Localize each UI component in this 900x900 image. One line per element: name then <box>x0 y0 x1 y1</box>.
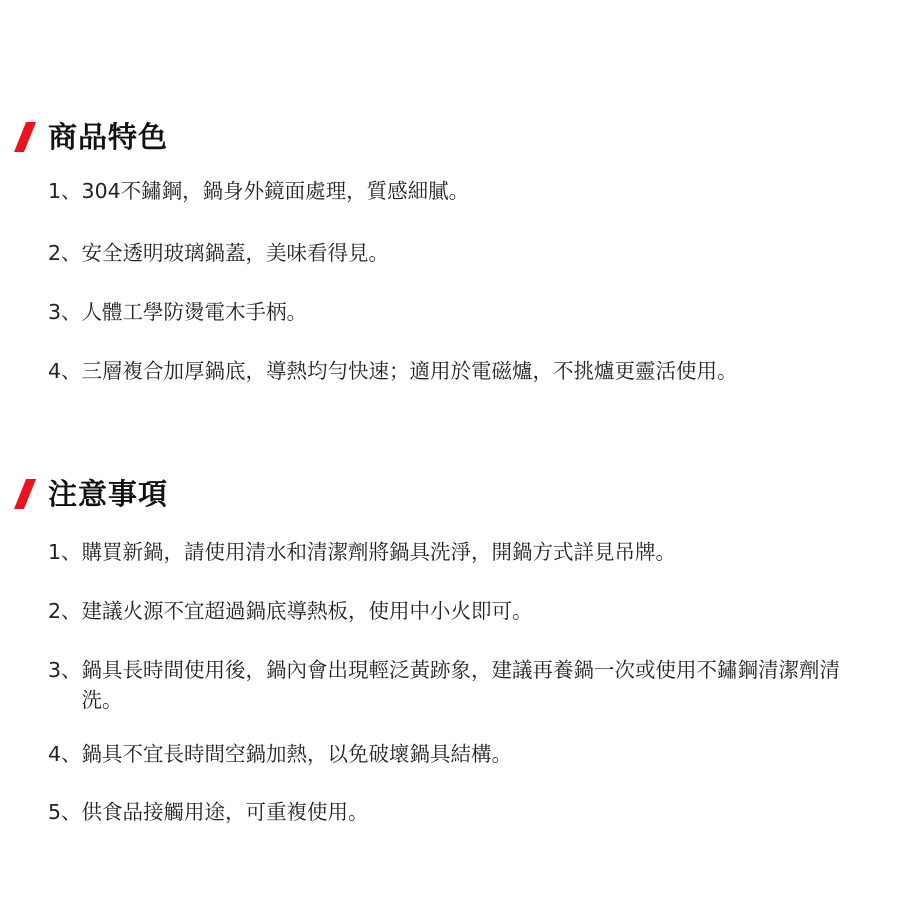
section-title: 商品特色 <box>48 118 168 156</box>
item-number: 4、 <box>48 739 82 769</box>
feature-item-3: 3、 人體工學防燙電木手柄。 <box>48 297 872 327</box>
item-number: 2、 <box>48 596 82 626</box>
item-text: 購買新鍋，請使用清水和清潔劑將鍋具洗淨，開鍋方式詳見吊牌。 <box>82 537 872 567</box>
item-text: 人體工學防燙電木手柄。 <box>82 297 872 327</box>
item-text: 建議火源不宜超過鍋底導熱板，使用中小火即可。 <box>82 596 872 626</box>
section-title: 注意事項 <box>48 475 168 513</box>
note-item-2: 2、 建議火源不宜超過鍋底導熱板，使用中小火即可。 <box>48 596 872 626</box>
item-text: 304不鏽鋼，鍋身外鏡面處理，質感細膩。 <box>82 176 872 206</box>
section-header: 商品特色 <box>0 118 900 158</box>
item-text: 三層複合加厚鍋底，導熱均勻快速；適用於電磁爐，不挑爐更靈活使用。 <box>82 356 872 386</box>
feature-item-2: 2、 安全透明玻璃鍋蓋，美味看得見。 <box>48 238 872 268</box>
item-text: 鍋具不宜長時間空鍋加熱，以免破壞鍋具結構。 <box>82 739 872 769</box>
item-number: 4、 <box>48 356 82 386</box>
red-slash-icon <box>14 122 36 152</box>
item-number: 5、 <box>48 797 82 827</box>
note-item-1: 1、 購買新鍋，請使用清水和清潔劑將鍋具洗淨，開鍋方式詳見吊牌。 <box>48 537 872 567</box>
item-text: 鍋具長時間使用後，鍋內會出現輕泛黃跡象，建議再養鍋一次或使用不鏽鋼清潔劑清洗。 <box>82 655 862 715</box>
notes-section: 注意事項 <box>0 475 900 515</box>
item-text: 供食品接觸用途，可重複使用。 <box>82 797 872 827</box>
feature-item-4: 4、 三層複合加厚鍋底，導熱均勻快速；適用於電磁爐，不挑爐更靈活使用。 <box>48 356 872 386</box>
item-text: 安全透明玻璃鍋蓋，美味看得見。 <box>82 238 872 268</box>
item-number: 1、 <box>48 537 82 567</box>
item-number: 3、 <box>48 655 82 715</box>
item-number: 3、 <box>48 297 82 327</box>
note-item-3: 3、 鍋具長時間使用後，鍋內會出現輕泛黃跡象，建議再養鍋一次或使用不鏽鋼清潔劑清… <box>48 655 862 715</box>
section-header: 注意事項 <box>0 475 900 515</box>
note-item-4: 4、 鍋具不宜長時間空鍋加熱，以免破壞鍋具結構。 <box>48 739 872 769</box>
item-number: 1、 <box>48 176 82 206</box>
red-slash-icon <box>14 479 36 509</box>
feature-item-1: 1、 304不鏽鋼，鍋身外鏡面處理，質感細膩。 <box>48 176 872 206</box>
product-features-section: 商品特色 <box>0 118 900 158</box>
item-number: 2、 <box>48 238 82 268</box>
note-item-5: 5、 供食品接觸用途，可重複使用。 <box>48 797 872 827</box>
